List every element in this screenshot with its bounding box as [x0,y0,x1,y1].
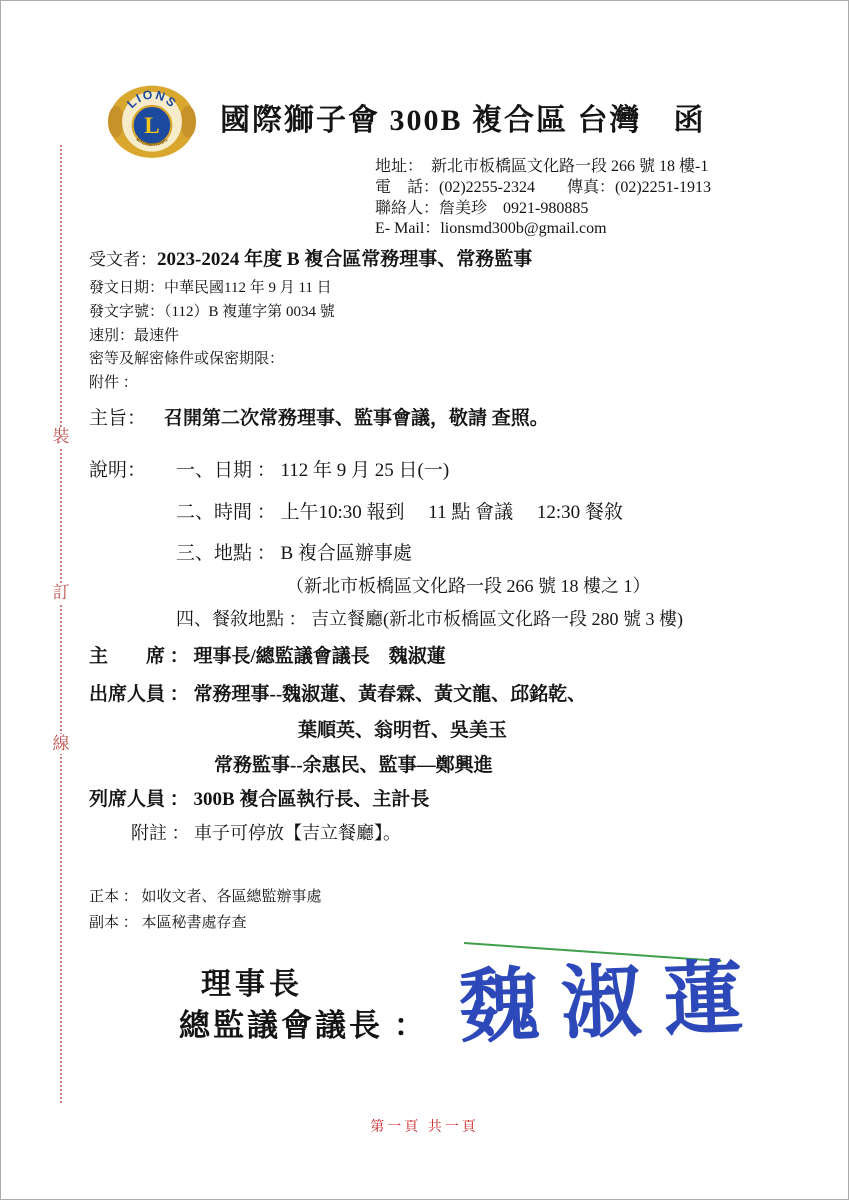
meta-date: 發文日期：中華民國112 年 9 月 11 日 [89,277,335,301]
meta-ref-no: 發文字號：（112）B 複蓮字第 0034 號 [89,301,335,325]
page-number-footer: 第一頁 共一頁 [1,1116,848,1136]
recipient-line: 受文者：2023-2024 年度 B 複合區常務理事、常務監事 [89,244,532,271]
attendees-line-1: 出席人員 ： 常務理事--魏淑蓮、黃春霖、黃文龍、邱銘乾、 [89,679,586,706]
copies-duplicate: 副本 ： 本區秘書處存查 [89,910,322,936]
contact-phone-fax: 電 話：(02)2255-2324 傳真：(02)2251-1913 [375,178,711,199]
attendees-line-2: 葉順英、翁明哲、吳美玉 [298,715,507,742]
explain-item-date: 一、日期 ： 112 年 9 月 25 日(一) [176,455,449,482]
note-line: 附註 ： 車子可停放【吉立餐廳】。 [131,819,401,845]
subject-text: 召開第二次常務理事、監事會議，敬請 查照。 [164,408,549,429]
chair-line: 主 席 ： 理事長/總監議會議長 魏淑蓮 [89,641,446,668]
logo-letter-l: L [144,113,159,138]
subject-label: 主旨： [89,408,146,429]
contact-address: 地址： 新北市板橋區文化路一段 266 號 18 樓-1 [375,157,711,178]
copies-block: 正本 ： 如收文者、各區總監辦事處 副本 ： 本區秘書處存查 [89,884,322,936]
contact-email: E- Mail：lionsmd300b@gmail.com [375,219,711,240]
explain-item-place: 三、地點 ： B 複合區辦事處 [176,538,412,565]
observers-line: 列席人員 ： 300B 複合區執行長、主計長 [89,784,429,811]
lions-club-logo-icon: LIONS L INTERNATIONAL [108,76,196,164]
attendees-line-3: 常務監事--余惠民、監事—鄭興進 [214,750,493,777]
recipient-label: 受文者： [89,250,157,269]
subject-line: 主旨：召開第二次常務理事、監事會議，敬請 查照。 [89,403,549,430]
signer-title-chairman: 理事長 [201,959,303,1003]
explain-item-place-address: （新北市板橋區文化路一段 266 號 18 樓之 1） [286,572,651,598]
meta-priority: 速別：最速件 [89,325,335,349]
signature-stamp: 魏淑蓮 [457,932,767,1058]
explain-label: 說明： [89,455,146,482]
recipient-value: 2023-2024 年度 B 複合區常務理事、常務監事 [157,249,532,270]
binding-char-zhuang: 裝 [51,427,71,447]
binding-char-ding: 訂 [51,583,71,603]
meta-security: 密等及解密條件或保密期限： [89,348,335,372]
copies-original: 正本 ： 如收文者、各區總監辦事處 [89,884,322,910]
contact-person: 聯絡人：詹美珍 0921-980885 [375,199,711,220]
document-page: 裝 訂 線 LIONS L INTERNATIONAL 國際獅子會 300B 複… [0,0,849,1200]
contact-block: 地址： 新北市板橋區文化路一段 266 號 18 樓-1 電 話：(02)225… [375,157,711,240]
binding-char-xian: 線 [51,734,71,754]
document-title: 國際獅子會 300B 複合區 台灣 函 [220,95,706,139]
explain-item-time: 二、時間 ： 上午10:30 報到 11 點 會議 12:30 餐敘 [176,497,623,524]
explain-item-dinner-place: 四、餐敘地點 ： 吉立餐廳(新北市板橋區文化路一段 280 號 3 樓) [176,605,683,631]
binding-dotted-line [60,145,62,1103]
meta-block: 發文日期：中華民國112 年 9 月 11 日 發文字號：（112）B 複蓮字第… [89,277,335,396]
signer-title-council-chair: 總監議會議長 ： [179,1000,428,1045]
meta-attachment: 附件 ： [89,372,335,396]
